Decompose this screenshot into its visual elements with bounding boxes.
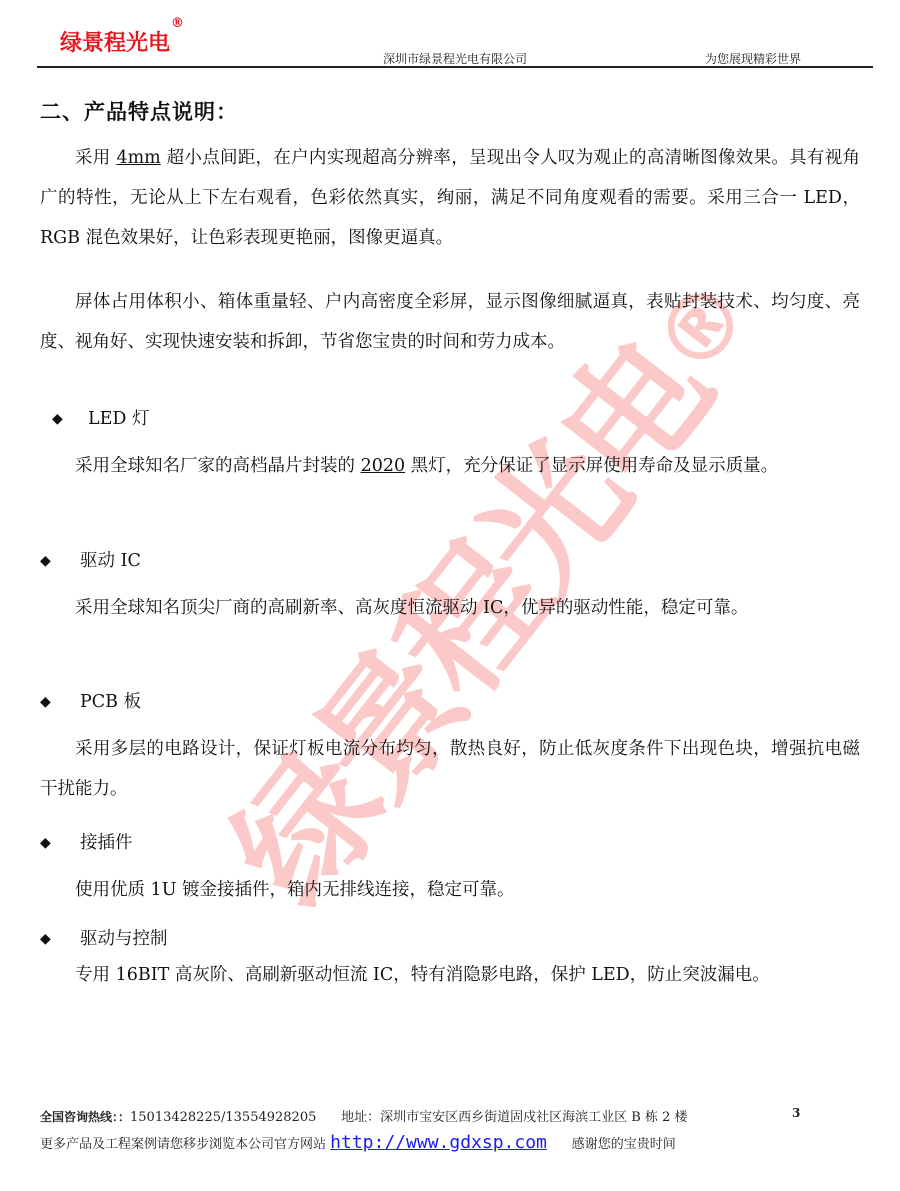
feature-body-driver-ic: 采用全球知名顶尖厂商的高刷新率、高灰度恒流驱动 IC，优异的驱动性能，稳定可靠。: [40, 588, 860, 628]
feature-text-post: 黑灯，充分保证了显示屏使用寿命及显示质量。: [405, 456, 778, 476]
feature-title: PCB 板: [80, 687, 141, 717]
section-title: 二、产品特点说明：: [40, 96, 238, 126]
feature-heading-pcb: ◆ PCB 板: [40, 687, 141, 717]
feature-body-connectors: 使用优质 1U 镀金接插件，箱内无排线连接，稳定可靠。: [40, 870, 860, 910]
hotline-numbers: 15013428225/13554928205: [130, 1110, 316, 1125]
diamond-bullet-icon: ◆: [40, 687, 80, 717]
feature-heading-drive-control: ◆ 驱动与控制: [40, 924, 168, 954]
footer-website-line: 更多产品及工程案例请您移步浏览本公司官方网站 http://www.gdxsp.…: [40, 1132, 676, 1153]
feature-heading-connectors: ◆ 接插件: [40, 828, 133, 858]
header-divider: [37, 66, 873, 68]
more-products-text: 更多产品及工程案例请您移步浏览本公司官方网站: [40, 1137, 326, 1152]
intro-text-post: 超小点间距，在户内实现超高分辨率，呈现出令人叹为观止的高清晰图像效果。具有视角广…: [40, 148, 860, 248]
address-text: 深圳市宝安区西乡街道固戍社区海滨工业区 B 栋 2 楼: [380, 1110, 687, 1125]
header-slogan: 为您展现精彩世界: [705, 50, 801, 67]
feature-heading-driver-ic: ◆ 驱动 IC: [40, 546, 141, 576]
feature-body-drive-control: 专用 16BIT 高灰阶、高刷新驱动恒流 IC，特有消隐影电路，保护 LED，防…: [40, 955, 860, 995]
company-logo: 绿景程光电 ®: [60, 26, 170, 57]
led-model-value: 2020: [361, 456, 406, 476]
page-number: 3: [792, 1106, 800, 1120]
diamond-bullet-icon: ◆: [40, 924, 80, 954]
footer-contact-line: 全国咨询热线：：15013428225/13554928205 地址：深圳市宝安…: [40, 1106, 688, 1125]
header-company-name: 深圳市绿景程光电有限公司: [383, 50, 527, 67]
feature-body-led: 采用全球知名厂家的高档晶片封装的 2020 黑灯，充分保证了显示屏使用寿命及显示…: [40, 446, 860, 486]
feature-title: 接插件: [80, 828, 133, 858]
feature-text-pre: 采用全球知名厂家的高档晶片封装的: [75, 456, 361, 476]
registered-mark-icon: ®: [171, 16, 184, 31]
pixel-pitch-value: 4mm: [116, 148, 160, 168]
logo-text: 绿景程光电: [60, 31, 170, 56]
diamond-bullet-icon: ◆: [40, 546, 80, 576]
address-label: 地址：: [341, 1110, 380, 1125]
diamond-bullet-icon: ◆: [40, 404, 88, 434]
intro-paragraph-1: 采用 4mm 超小点间距，在户内实现超高分辨率，呈现出令人叹为观止的高清晰图像效…: [40, 138, 860, 258]
website-link[interactable]: http://www.gdxsp.com: [330, 1132, 547, 1153]
diamond-bullet-icon: ◆: [40, 828, 80, 858]
intro-text-pre: 采用: [75, 148, 116, 168]
feature-title: 驱动 IC: [80, 546, 141, 576]
feature-title: LED 灯: [88, 404, 150, 434]
intro-paragraph-2: 屏体占用体积小、箱体重量轻、户内高密度全彩屏，显示图像细腻逼真，表贴封装技术、均…: [40, 282, 860, 362]
feature-heading-led: ◆ LED 灯: [40, 404, 150, 434]
hotline-label: 全国咨询热线：：: [40, 1110, 130, 1124]
thanks-text: 感谢您的宝贵时间: [572, 1137, 676, 1152]
feature-body-pcb: 采用多层的电路设计，保证灯板电流分布均匀，散热良好，防止低灰度条件下出现色块，增…: [40, 729, 860, 809]
feature-title: 驱动与控制: [80, 924, 168, 954]
